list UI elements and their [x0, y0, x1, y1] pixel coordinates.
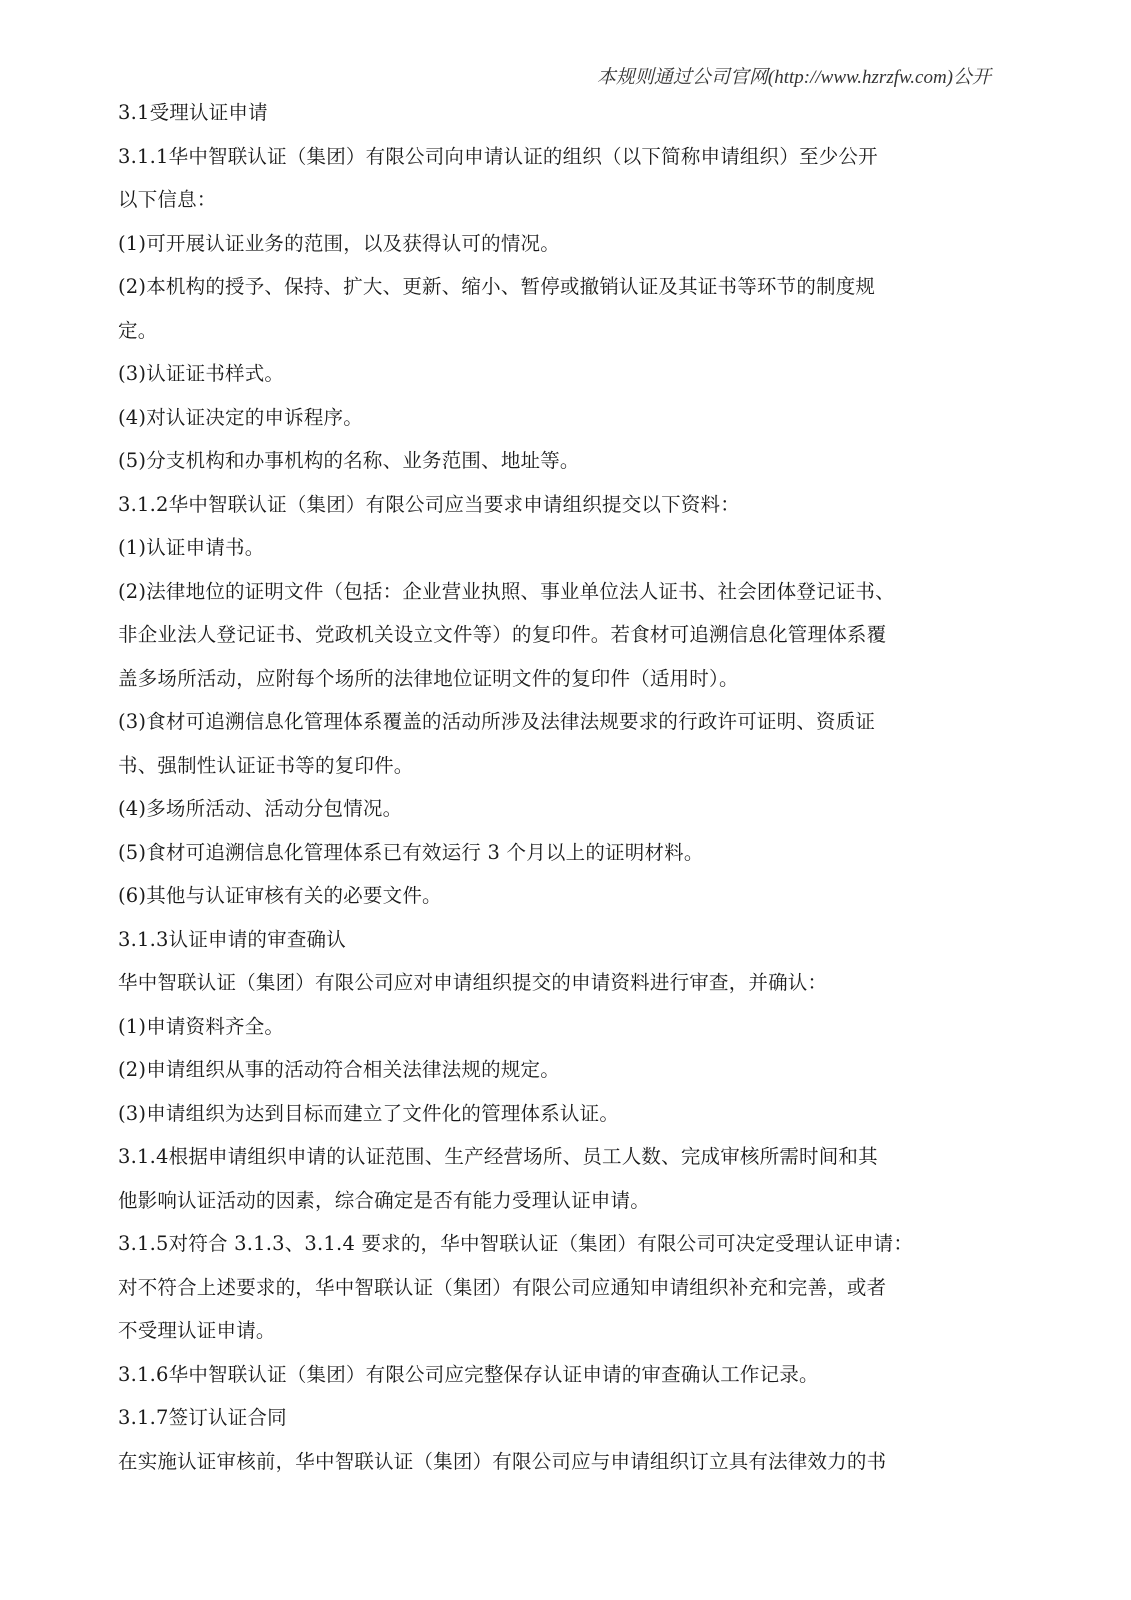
list-item: (3)认证证书样式。 [118, 359, 998, 403]
list-item: (3)食材可追溯信息化管理体系覆盖的活动所涉及法律法规要求的行政许可证明、资质证 [118, 707, 998, 751]
list-item: (4)对认证决定的申诉程序。 [118, 403, 998, 447]
paragraph-line: 对不符合上述要求的，华中智联认证（集团）有限公司应通知申请组织补充和完善，或者 [118, 1273, 998, 1317]
paragraph-line: 3.1.1华中智联认证（集团）有限公司向申请认证的组织（以下简称申请组织）至少公… [118, 142, 998, 186]
section-heading: 3.1.4根据申请组织申请的认证范围、生产经营场所、员工人数、完成审核所需时间和… [118, 1142, 998, 1186]
list-item: (1)申请资料齐全。 [118, 1012, 998, 1056]
section-heading: 3.1受理认证申请 [118, 98, 998, 142]
paragraph-line: 书、强制性认证证书等的复印件。 [118, 751, 998, 795]
list-item: (3)申请组织为达到目标而建立了文件化的管理体系认证。 [118, 1099, 998, 1143]
paragraph-line: 非企业法人登记证书、党政机关设立文件等）的复印件。若食材可追溯信息化管理体系覆 [118, 620, 998, 664]
list-item: (5)分支机构和办事机构的名称、业务范围、地址等。 [118, 446, 998, 490]
section-heading: 3.1.5对符合 3.1.3、3.1.4 要求的，华中智联认证（集团）有限公司可… [118, 1229, 998, 1273]
section-heading: 3.1.2华中智联认证（集团）有限公司应当要求申请组织提交以下资料： [118, 490, 998, 534]
paragraph-line: 在实施认证审核前，华中智联认证（集团）有限公司应与申请组织订立具有法律效力的书 [118, 1447, 998, 1491]
paragraph-line: 盖多场所活动，应附每个场所的法律地位证明文件的复印件（适用时）。 [118, 664, 998, 708]
paragraph-line: 他影响认证活动的因素，综合确定是否有能力受理认证申请。 [118, 1186, 998, 1230]
list-item: (2)本机构的授予、保持、扩大、更新、缩小、暂停或撤销认证及其证书等环节的制度规 [118, 272, 998, 316]
list-item: (1)可开展认证业务的范围，以及获得认可的情况。 [118, 229, 998, 273]
section-heading: 3.1.3认证申请的审查确认 [118, 925, 998, 969]
list-item: (2)法律地位的证明文件（包括：企业营业执照、事业单位法人证书、社会团体登记证书… [118, 577, 998, 621]
list-item: (6)其他与认证审核有关的必要文件。 [118, 881, 998, 925]
list-item: (4)多场所活动、活动分包情况。 [118, 794, 998, 838]
paragraph-line: 华中智联认证（集团）有限公司应对申请组织提交的申请资料进行审查，并确认： [118, 968, 998, 1012]
paragraph-line: 定。 [118, 316, 998, 360]
document-body: 3.1受理认证申请 3.1.1华中智联认证（集团）有限公司向申请认证的组织（以下… [118, 98, 998, 1490]
section-heading: 3.1.7签订认证合同 [118, 1403, 998, 1447]
list-item: (1)认证申请书。 [118, 533, 998, 577]
list-item: (5)食材可追溯信息化管理体系已有效运行 3 个月以上的证明材料。 [118, 838, 998, 882]
section-heading: 3.1.6华中智联认证（集团）有限公司应完整保存认证申请的审查确认工作记录。 [118, 1360, 998, 1404]
list-item: (2)申请组织从事的活动符合相关法律法规的规定。 [118, 1055, 998, 1099]
paragraph-line: 以下信息： [118, 185, 998, 229]
paragraph-line: 不受理认证申请。 [118, 1316, 998, 1360]
header-note: 本规则通过公司官网(http://www.hzrzfw.com)公开 [597, 62, 991, 89]
